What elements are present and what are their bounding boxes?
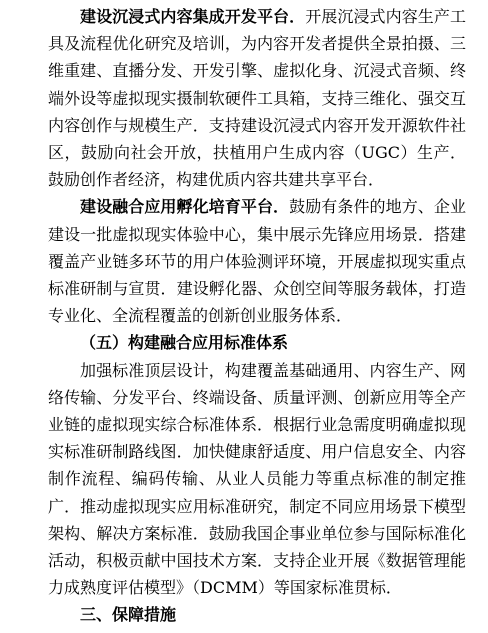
paragraph-lead-bold: 建设沉浸式内容集成开发平台． xyxy=(80,7,305,26)
section-heading-level2-standards-system: （五）构建融合应用标准体系 xyxy=(48,329,466,356)
paragraph-body-text: 开展沉浸式内容生产工具及流程优化研究及培训，为内容开发者提供全景拍摄、三维重建、… xyxy=(48,7,466,189)
paragraph-immersive-content-platform: 建设沉浸式内容集成开发平台．开展沉浸式内容生产工具及流程优化研究及培训，为内容开… xyxy=(48,3,466,193)
section-heading-level1-safeguard-measures: 三、保障措施 xyxy=(48,601,466,628)
paragraph-body-text: 鼓励有条件的地方、企业建设一批虚拟现实体验中心，集中展示先锋应用场景．搭建覆盖产… xyxy=(48,197,466,325)
paragraph-body-text: 加强标准顶层设计，构建覆盖基础通用、内容生产、网络传输、分发平台、终端设备、质量… xyxy=(48,361,466,598)
paragraph-incubation-platform: 建设融合应用孵化培育平台．鼓励有条件的地方、企业建设一批虚拟现实体验中心，集中展… xyxy=(48,193,466,329)
paragraph-lead-bold: 建设融合应用孵化培育平台． xyxy=(80,197,289,216)
document-page: 建设沉浸式内容集成开发平台．开展沉浸式内容生产工具及流程优化研究及培训，为内容开… xyxy=(0,0,488,633)
paragraph-standards-body: 加强标准顶层设计，构建覆盖基础通用、内容生产、网络传输、分发平台、终端设备、质量… xyxy=(48,357,466,602)
